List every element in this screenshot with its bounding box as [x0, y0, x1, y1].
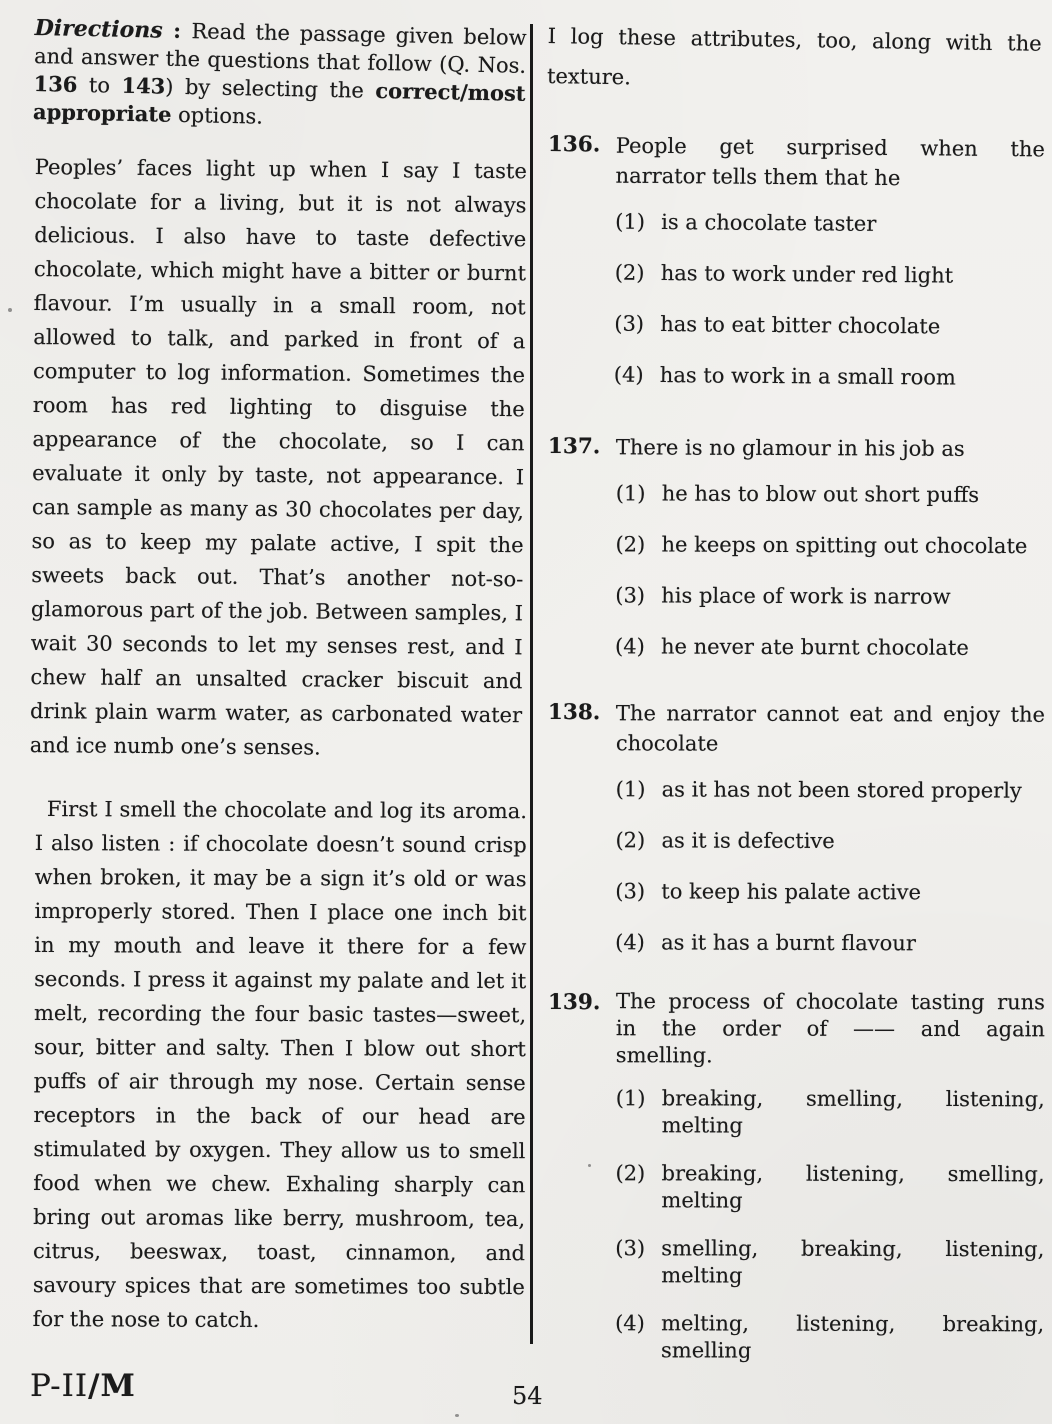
question-stem: There is no glamour in his job as	[616, 432, 1045, 464]
options: (1) is a chocolate taster (2) has to wor…	[614, 207, 1045, 395]
option-4: (4) melting, listening, breaking, smelli…	[615, 1310, 1044, 1365]
option-text: he never ate burnt chocolate	[661, 631, 1044, 664]
option-text: breaking, smelling, listening, melting	[662, 1085, 1045, 1140]
option-line: melting	[661, 1187, 1044, 1215]
option-line: melting	[662, 1112, 1045, 1140]
question-139: 139. The process of chocolate tasting ru…	[547, 988, 1045, 1386]
option-text: is a chocolate taster	[661, 207, 1044, 241]
option-number: (1)	[616, 478, 662, 509]
options: (1) as it has not been stored properly (…	[615, 774, 1045, 959]
option-line: smelling	[661, 1337, 1044, 1365]
option-1: (1) as it has not been stored properly	[616, 774, 1045, 806]
option-3: (3) has to eat bitter chocolate	[614, 309, 1043, 344]
page-number: 54	[512, 1382, 543, 1410]
option-1: (1) is a chocolate taster	[615, 207, 1044, 242]
option-1: (1) breaking, smelling, listening, melti…	[616, 1085, 1045, 1140]
directions-text: options.	[171, 103, 263, 129]
option-2: (2) he keeps on spitting out chocolate	[615, 529, 1044, 562]
directions: Directions : Read the passage given belo…	[33, 14, 527, 136]
option-text: breaking, listening, smelling, melting	[661, 1160, 1044, 1215]
directions-colon: :	[162, 18, 191, 44]
option-text: to keep his palate active	[661, 876, 1044, 908]
question-stem: smelling.	[616, 1042, 1045, 1070]
directions-qno-end: 143	[121, 73, 165, 99]
question-stem: The narrator cannot eat and enjoy the	[616, 698, 1045, 729]
option-2: (2) as it is defective	[615, 825, 1044, 857]
option-1: (1) he has to blow out short puffs	[616, 478, 1045, 511]
option-number: (4)	[615, 927, 661, 958]
question-number: 138.	[547, 698, 616, 978]
option-line: melting	[661, 1262, 1044, 1290]
option-number: (4)	[615, 1310, 661, 1364]
left-column: Directions : Read the passage given belo…	[35, 14, 527, 1336]
question-number: 137.	[547, 432, 616, 682]
option-text: melting, listening, breaking, smelling	[661, 1310, 1044, 1365]
option-number: (1)	[616, 774, 662, 805]
scan-speck	[455, 1414, 459, 1417]
option-text: as it has not been stored properly	[662, 774, 1045, 806]
paper-code-left: P-II	[30, 1368, 88, 1404]
scan-speck	[8, 308, 12, 312]
option-number: (2)	[615, 1160, 661, 1214]
option-3: (3) to keep his palate active	[615, 876, 1044, 908]
option-text: smelling, breaking, listening, melting	[661, 1235, 1044, 1290]
question-136: 136. People get surprised when the narra…	[546, 130, 1045, 414]
paper-code: P-II/M	[30, 1368, 136, 1404]
option-2: (2) breaking, listening, smelling, melti…	[615, 1160, 1044, 1215]
option-line: breaking, listening, smelling,	[661, 1160, 1044, 1188]
option-4: (4) he never ate burnt chocolate	[615, 631, 1044, 664]
option-number: (1)	[615, 207, 661, 238]
question-stem: chocolate	[616, 728, 1045, 759]
question-stem: narrator tells them that he	[615, 161, 1044, 195]
option-text: has to work under red light	[661, 258, 1044, 292]
question-number: 139.	[547, 988, 616, 1385]
question-138: 138. The narrator cannot eat and enjoy t…	[547, 698, 1045, 980]
option-number: (4)	[615, 631, 661, 662]
question-137: 137. There is no glamour in his job as (…	[547, 432, 1045, 684]
exam-page: Directions : Read the passage given belo…	[0, 0, 1052, 1424]
scan-speck	[588, 1164, 591, 1167]
column-divider	[530, 24, 533, 1344]
passage-paragraph-2: First I smell the chocolate and log its …	[33, 792, 527, 1338]
directions-label: Directions	[34, 15, 162, 44]
option-text: as it has a burnt flavour	[661, 927, 1044, 959]
passage-continuation-line: texture.	[547, 56, 1042, 104]
option-number: (3)	[614, 309, 660, 340]
option-text: has to work in a small room	[660, 360, 1043, 394]
option-line: melting, listening, breaking,	[661, 1310, 1044, 1338]
option-text: his place of work is narrow	[661, 580, 1044, 613]
option-text: as it is defective	[661, 825, 1044, 857]
question-stem: People get surprised when the	[616, 131, 1045, 165]
option-number: (1)	[616, 1085, 662, 1139]
option-4: (4) has to work in a small room	[614, 360, 1043, 395]
directions-text: ) by selecting the	[165, 75, 376, 103]
option-number: (2)	[615, 258, 661, 289]
passage-paragraph-1: Peoples’ faces light up when I say I tas…	[30, 150, 527, 766]
option-3: (3) smelling, breaking, listening, melti…	[615, 1235, 1044, 1290]
options: (1) breaking, smelling, listening, melti…	[615, 1085, 1045, 1365]
passage-continuation: I log these attributes, too, along with …	[547, 16, 1042, 104]
option-4: (4) as it has a burnt flavour	[615, 927, 1044, 959]
option-3: (3) his place of work is narrow	[615, 580, 1044, 613]
question-number: 136.	[546, 130, 616, 411]
paper-code-right: /M	[88, 1368, 136, 1404]
option-number: (3)	[615, 1235, 661, 1289]
right-column: I log these attributes, too, along with …	[548, 0, 1045, 1424]
option-line: smelling, breaking, listening,	[661, 1235, 1044, 1263]
directions-qno-start: 136	[33, 71, 77, 97]
option-number: (3)	[615, 876, 661, 907]
option-text: he has to blow out short puffs	[662, 478, 1045, 511]
option-number: (4)	[614, 360, 660, 391]
option-number: (3)	[615, 580, 661, 611]
option-2: (2) has to work under red light	[615, 258, 1044, 293]
option-text: he keeps on spitting out chocolate	[661, 529, 1044, 562]
question-stem: The process of chocolate tasting runs	[616, 988, 1045, 1016]
option-number: (2)	[615, 825, 661, 856]
directions-text: to	[77, 73, 122, 98]
option-number: (2)	[615, 529, 661, 560]
option-text: has to eat bitter chocolate	[660, 309, 1043, 343]
options: (1) he has to blow out short puffs (2) h…	[615, 478, 1045, 664]
question-stem: in the order of —— and again	[616, 1015, 1045, 1043]
option-line: breaking, smelling, listening,	[662, 1085, 1045, 1113]
